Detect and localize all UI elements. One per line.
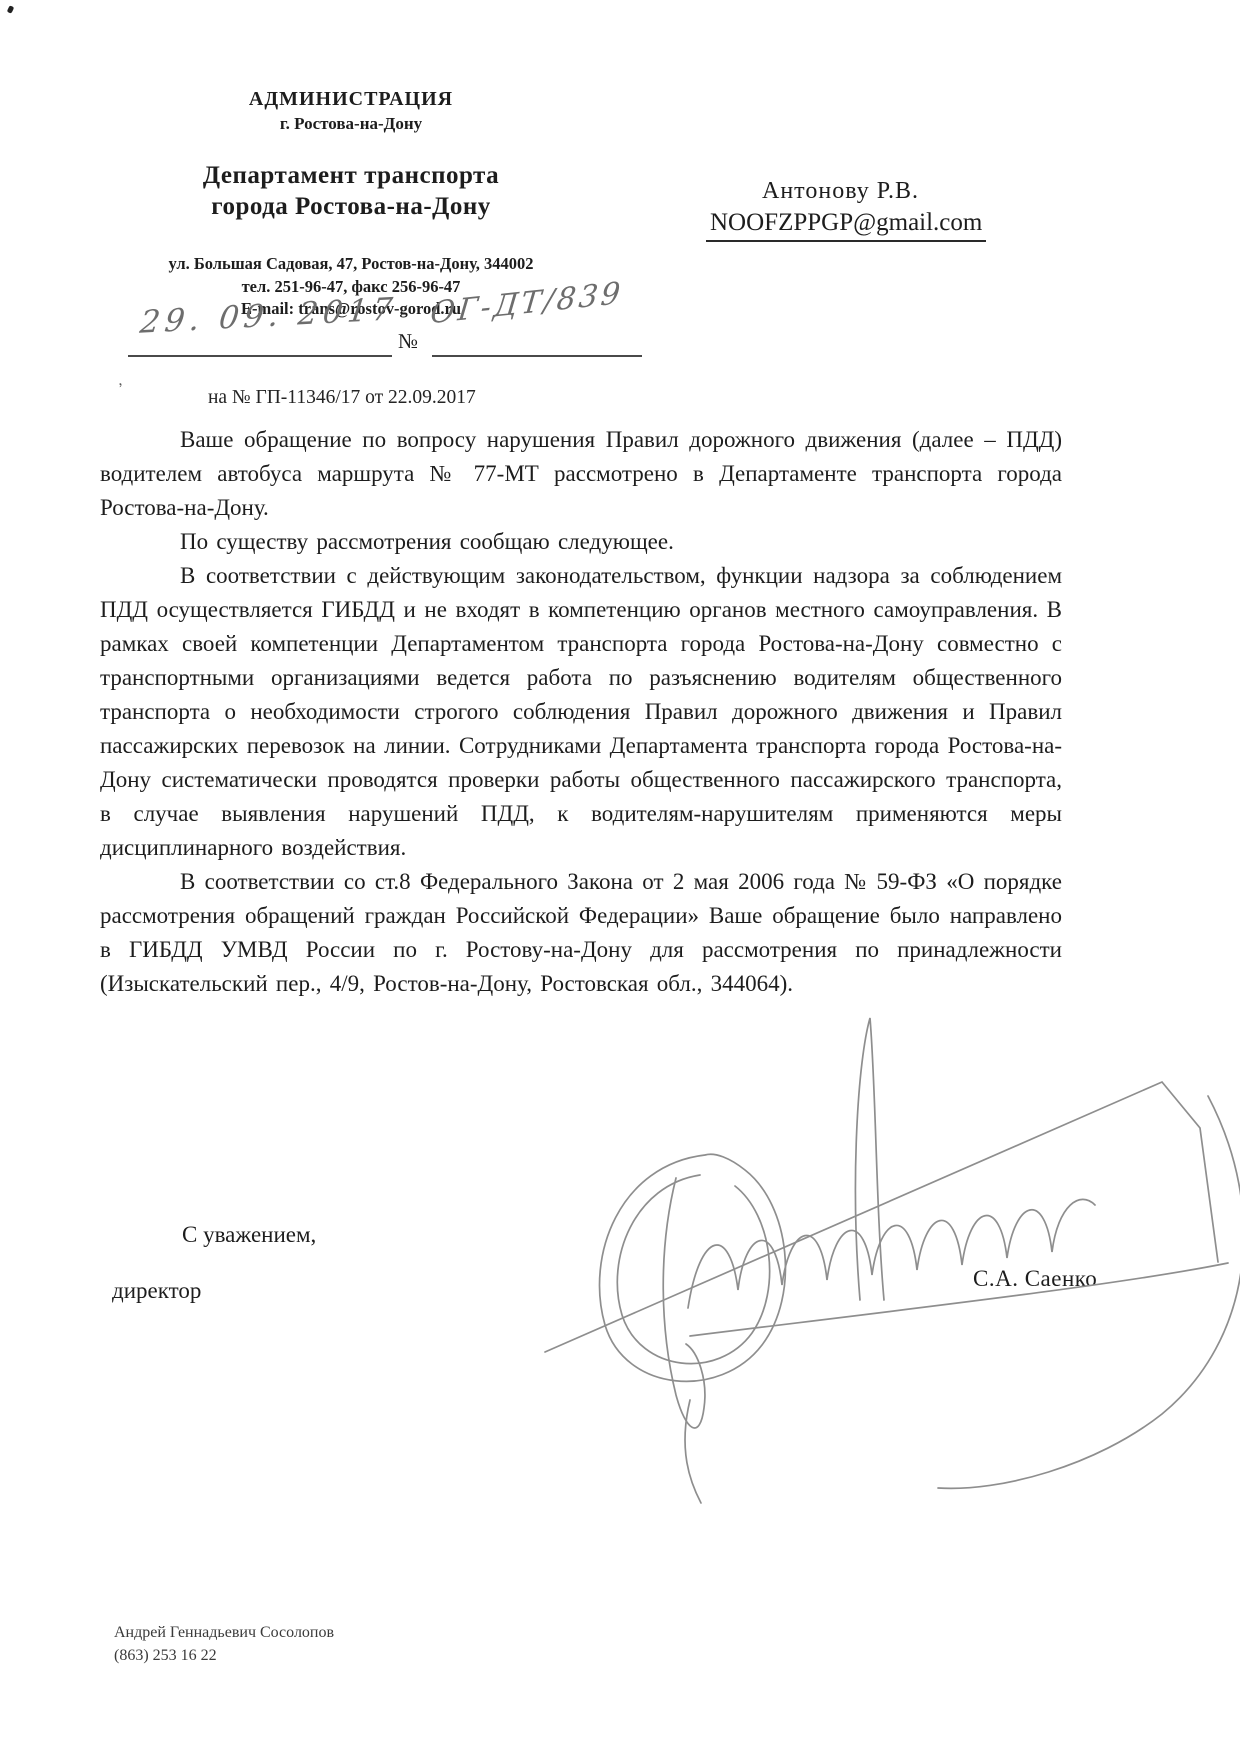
recipient-name: Антонову Р.В. (762, 178, 919, 205)
number-underline (432, 355, 642, 357)
body-paragraph-1: Ваше обращение по вопросу нарушения Прав… (100, 423, 1062, 525)
in-reply-to-line: на № ГП-11346/17 от 22.09.2017 (208, 387, 476, 409)
letterhead-administration: АДМИНИСТРАЦИЯ (135, 88, 567, 111)
executor-phone: (863) 253 16 22 (114, 1647, 217, 1665)
number-sign-label: № (398, 329, 418, 354)
scanned-letter-page: { "letterhead": { "administration": "АДМ… (0, 0, 1240, 1753)
letter-body: Ваше обращение по вопросу нарушения Прав… (100, 423, 1062, 1001)
letterhead-address: ул. Большая Садовая, 47, Ростов-на-Дону,… (135, 254, 567, 274)
body-paragraph-3: В соответствии с действующим законодател… (100, 559, 1062, 865)
recipient-email: NOOFZPPGP@gmail.com (706, 209, 986, 242)
executor-name: Андрей Геннадьевич Сосолопов (114, 1624, 334, 1642)
signer-name: С.А. Саенко (973, 1266, 1097, 1292)
signer-title: директор (112, 1278, 201, 1304)
stray-pen-mark: ʼ (117, 381, 125, 399)
closing-phrase: С уважением, (182, 1222, 316, 1248)
date-underline (128, 355, 392, 357)
letterhead-department-line2: города Ростова-на-Дону (135, 193, 567, 221)
letterhead-administration-city: г. Ростова-на-Дону (135, 114, 567, 134)
body-paragraph-4: В соответствии со ст.8 Федерального Зако… (100, 865, 1062, 1001)
letterhead-department-line1: Департамент транспорта (135, 162, 567, 190)
scan-artifact-speck (7, 5, 14, 13)
body-paragraph-2: По существу рассмотрения сообщаю следующ… (100, 525, 1062, 559)
